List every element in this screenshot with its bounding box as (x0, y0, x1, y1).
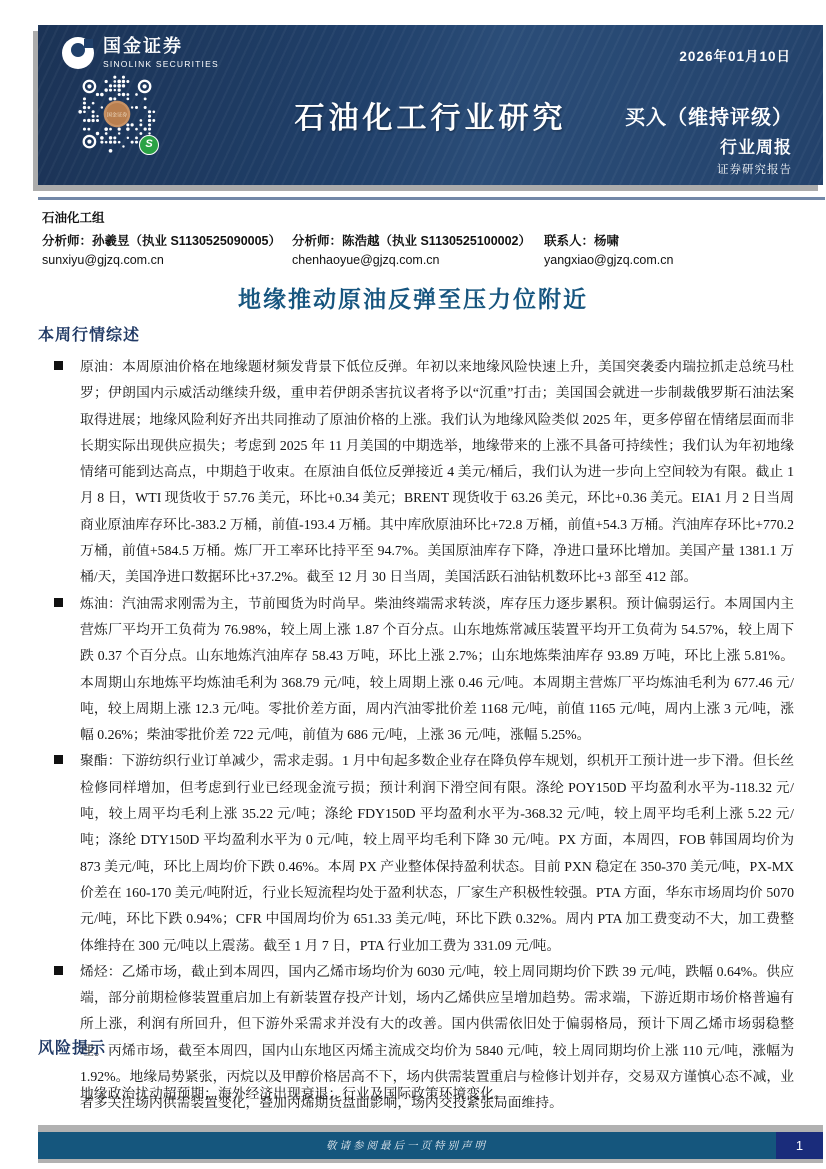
risk-text: 地缘政治扰动超预期；海外经济出现衰退；行业及国际政策环境变化。 (38, 1082, 794, 1102)
analyst-team-block: 石油化工组 分析师：孙羲昱（执业 S1130525090005） sunxiyu… (42, 208, 812, 267)
analyst-1-email[interactable]: sunxiyu@gjzq.com.cn (42, 253, 292, 267)
analyst-2: 分析师：陈浩越（执业 S1130525100002） chenhaoyue@gj… (292, 231, 544, 267)
square-bullet-icon (54, 966, 63, 975)
brand-name-en: SINOLINK SECURITIES (103, 60, 219, 69)
report-date: 2026年01月10日 (679, 45, 791, 65)
bullet-polyester: 聚酯：下游纺织行业订单减少，需求走弱。1 月中旬起多数企业存在降负停车规划，织机… (38, 748, 794, 958)
bullet-refining-text: 炼油：汽油需求刚需为主，节前囤货为时尚早。柴油终端需求转淡，库存压力逐步累积。预… (80, 596, 794, 742)
square-bullet-icon (54, 598, 63, 607)
section-risk: 风险提示 地缘政治扰动超预期；海外经济出现衰退；行业及国际政策环境变化。 (38, 1035, 794, 1102)
analyst-1: 分析师：孙羲昱（执业 S1130525090005） sunxiyu@gjzq.… (42, 231, 292, 267)
summary-heading: 本周行情综述 (38, 322, 794, 345)
wechat-badge-icon: S (139, 135, 159, 155)
footer-disclaimer: 敬请参阅最后一页特别声明 (38, 1132, 776, 1159)
square-bullet-icon (54, 755, 63, 764)
contact-1-label: 联系人：杨啸 (544, 231, 812, 249)
bullet-polyester-text: 聚酯：下游纺织行业订单减少，需求走弱。1 月中旬起多数企业存在降负停车规划，织机… (80, 753, 794, 952)
analyst-2-label: 分析师：陈浩越（执业 S1130525100002） (292, 231, 544, 249)
section-weekly-summary: 本周行情综述 原油：本周原油价格在地缘题材频发背景下低位反弹。年初以来地缘风险快… (38, 322, 794, 1117)
report-header: 国金证券 SINOLINK SECURITIES 国金证券 (38, 25, 823, 185)
square-bullet-icon (54, 361, 63, 370)
team-group-name: 石油化工组 (42, 208, 812, 226)
page-number: 1 (776, 1132, 823, 1159)
bullet-crude-oil-text: 原油：本周原油价格在地缘题材频发背景下低位反弹。年初以来地缘风险快速上升，美国突… (80, 359, 794, 584)
report-category-label: 证券研究报告 (717, 161, 792, 177)
brand-name-cn: 国金证券 (103, 37, 219, 57)
brand-block: 国金证券 SINOLINK SECURITIES (62, 37, 219, 69)
bullet-refining: 炼油：汽油需求刚需为主，节前囤货为时尚早。柴油终端需求转淡，库存压力逐步累积。预… (38, 591, 794, 749)
bullet-crude-oil: 原油：本周原油价格在地缘题材频发背景下低位反弹。年初以来地缘风险快速上升，美国突… (38, 354, 794, 591)
contact-1: 联系人：杨啸 yangxiao@gjzq.com.cn (544, 231, 812, 267)
sinolink-logo-icon (62, 37, 94, 69)
report-type-label: 行业周报 (720, 133, 792, 158)
risk-heading: 风险提示 (38, 1035, 794, 1058)
header-separator-rule (38, 197, 825, 200)
analyst-1-label: 分析师：孙羲昱（执业 S1130525090005） (42, 231, 292, 249)
rating-badge: 买入（维持评级） (625, 101, 793, 130)
page-title: 地缘推动原油反弹至压力位附近 (0, 281, 826, 314)
report-page: 国金证券 SINOLINK SECURITIES 国金证券 (0, 0, 826, 1169)
page-footer: 敬请参阅最后一页特别声明 1 (38, 1125, 823, 1163)
analyst-2-email[interactable]: chenhaoyue@gjzq.com.cn (292, 253, 544, 267)
contact-1-email[interactable]: yangxiao@gjzq.com.cn (544, 253, 812, 267)
